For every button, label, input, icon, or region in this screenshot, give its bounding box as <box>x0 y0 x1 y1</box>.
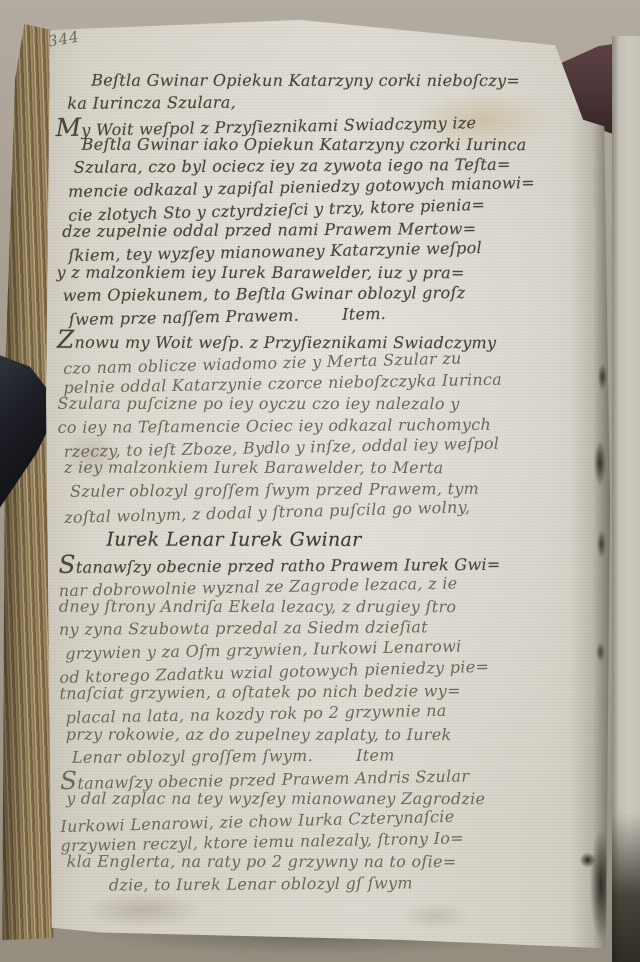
gutter-ink-spot <box>596 358 609 396</box>
manuscript-line: Beſtla Gwinar Opiekun Katarzyny corki ni… <box>91 70 593 92</box>
facing-page-sliver <box>612 36 640 962</box>
manuscript-line: y z malzonkiem iey Iurek Barawelder, iuz… <box>57 261 595 283</box>
manuscript-page: 344 Beſtla Gwinar Opiekun Katarzyny cork… <box>42 18 614 952</box>
manuscript-line: dzie, to Iurek Lenar oblozyl gſ ſwym <box>109 871 599 896</box>
page-number: 344 <box>47 27 81 50</box>
manuscript-line: z iey malzonkiem Iurek Barawelder, to Me… <box>64 457 596 479</box>
manuscript-line: kla Englerta, na raty po 2 grzywny na to… <box>67 851 599 873</box>
stain <box>386 896 486 936</box>
section-heading: Iurek Lenar Iurek Gwinar <box>106 527 596 553</box>
manuscript-line: dney ſtrony Andriſa Ekela lezacy, z drug… <box>59 596 597 618</box>
gutter-stain-dark <box>612 812 640 962</box>
handwritten-text: Beſtla Gwinar Opiekun Katarzyny corki ni… <box>55 68 599 896</box>
manuscript-line: przy rokowie, az do zupelney zaplaty, to… <box>66 723 598 745</box>
manuscript-line: Szulara puſcizne po iey oyczu czo iey na… <box>57 393 595 415</box>
gutter-ink-spot <box>595 524 608 564</box>
manuscript-line: Beſtla Gwinar iako Opiekun Katarzyny czo… <box>82 134 594 156</box>
manuscript-photo: 344 Beſtla Gwinar Opiekun Katarzyny cork… <box>0 0 640 962</box>
